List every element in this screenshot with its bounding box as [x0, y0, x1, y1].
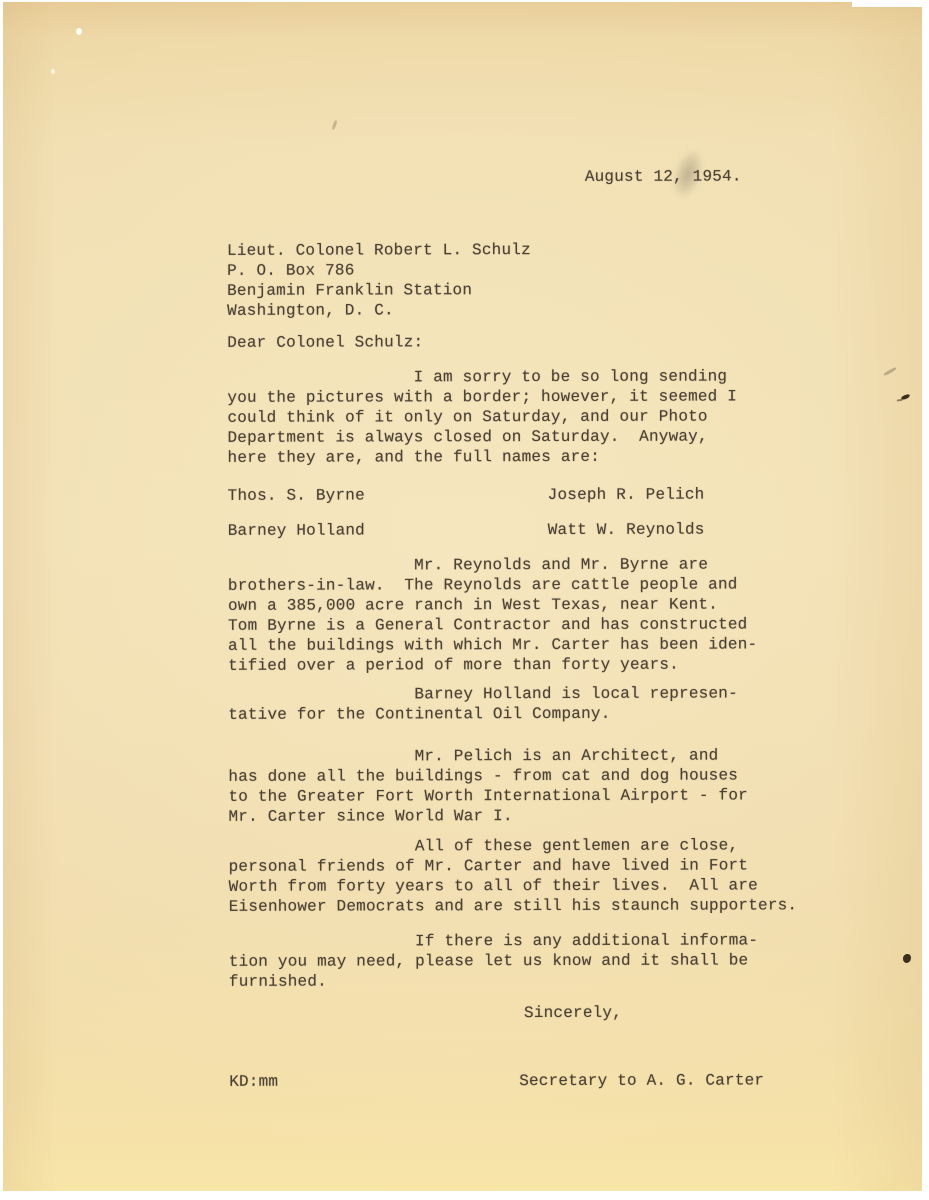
paper-speck: [901, 394, 911, 401]
name-list-row: Thos. S. ByrneJoseph R. Pelich: [228, 484, 868, 506]
letter-paper: August 12, 1954. Lieut. Colonel Robert L…: [3, 2, 922, 1191]
name-pelich: Joseph R. Pelich: [548, 486, 705, 504]
name-byrne: Thos. S. Byrne: [228, 485, 548, 506]
name-reynolds: Watt W. Reynolds: [548, 521, 705, 539]
paragraph-pelich: Mr. Pelich is an Architect, and has done…: [228, 745, 828, 827]
letter-body: August 12, 1954. Lieut. Colonel Robert L…: [227, 166, 869, 1092]
salutation: Dear Colonel Schulz:: [227, 331, 867, 353]
name-holland: Barney Holland: [228, 520, 548, 541]
recipient-address-block: Lieut. Colonel Robert L. Schulz P. O. Bo…: [227, 239, 867, 321]
scan-border-notch: [852, 2, 922, 7]
recipient-name: Lieut. Colonel Robert L. Schulz: [227, 239, 867, 261]
name-list-row: Barney HollandWatt W. Reynolds: [228, 519, 868, 541]
recipient-station: Benjamin Franklin Station: [227, 279, 867, 301]
paper-fleck: [76, 28, 82, 35]
closing: Sincerely,: [524, 1002, 869, 1023]
signature-row: KD:mmSecretary to A. G. Carter: [229, 1070, 869, 1092]
paper-speck: [903, 954, 911, 963]
recipient-city: Washington, D. C.: [227, 299, 867, 321]
date-line: August 12, 1954.: [585, 166, 867, 187]
paragraph-holland: Barney Holland is local represen- tative…: [228, 683, 828, 725]
pen-tick-mark: [883, 367, 897, 377]
paragraph-reynolds-byrne: Mr. Reynolds and Mr. Byrne are brothers-…: [228, 554, 828, 676]
reference-initials: KD:mm: [229, 1071, 519, 1092]
recipient-po-box: P. O. Box 786: [227, 259, 867, 281]
paragraph-intro: I am sorry to be so long sending you the…: [227, 366, 827, 468]
paragraph-friends: All of these gentlemen are close, person…: [229, 835, 829, 917]
scanned-letter-page: August 12, 1954. Lieut. Colonel Robert L…: [0, 0, 929, 1200]
paper-mark: [331, 120, 337, 130]
signature-title: Secretary to A. G. Carter: [519, 1070, 764, 1091]
paragraph-additional-info: If there is any additional informa- tion…: [229, 930, 829, 992]
